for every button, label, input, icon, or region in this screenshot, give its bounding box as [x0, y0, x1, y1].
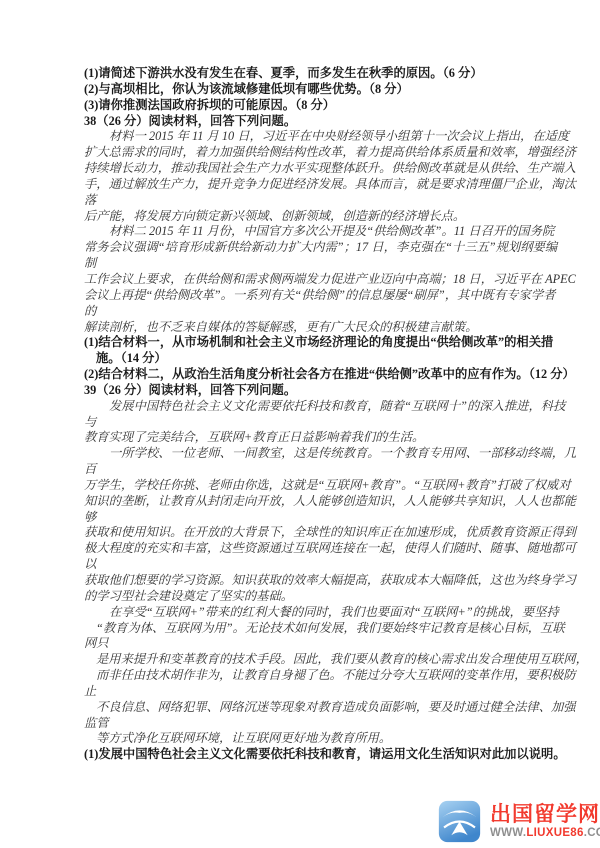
text-line: 材料一 2015 年 11 月 10 日，习近平在中央财经领导小组第十一次会议上…	[84, 129, 589, 145]
watermark-site-name: 出国留学网	[490, 803, 600, 826]
text-line: 不良信息、网络犯罪、网络沉迷等现象对教育造成负面影响，要及时通过健全法律、加强	[84, 700, 589, 716]
text-line: 工作会议上要求，在供给侧和需求侧两端发力促进产业迈向中高端；18 日，习近平在 …	[84, 272, 589, 288]
scanned-exam-page: (1)请简述下游洪水没有发生在春、夏季，而多发生在秋季的原因。（6 分）(2)与…	[0, 0, 600, 848]
liuxue-logo-icon	[436, 800, 483, 843]
text-line: 万学生，学校任你挑、老师由你选，这就是“互联网+教育”。“互联网+教育”打破了权…	[84, 478, 589, 494]
text-line: 而非任由技术胡作非为，让教育自身褪了色。不能过分夸大互联网的变革作用，要积极防	[84, 668, 589, 684]
text-line: 知识的垄断，让教育从封闭走向开放，人人能够创造知识，人人能够共享知识，人人也都能	[84, 494, 589, 510]
text-line: 等方式净化互联网环境，让互联网更好地为教育所用。	[84, 731, 589, 747]
text-line: 获取他们想要的学习资源。知识获取的效率大幅提高，获取成本大幅降低，这也为终身学习	[84, 573, 589, 589]
text-line: 够	[84, 510, 589, 526]
text-line: 手，通过解放生产力，提升竞争力促进经济发展。具体而言，就是要求清理僵尸企业，淘汰	[84, 177, 589, 193]
text-line: (2)与高坝相比，你认为该流域修建低坝有哪些优势。（8 分）	[84, 82, 589, 98]
text-line: 获取和使用知识。在开放的大背景下，全球性的知识库正在加速形成，优质教育资源正得到	[84, 525, 589, 541]
text-line: (1)请简述下游洪水没有发生在春、夏季，而多发生在秋季的原因。（6 分）	[84, 66, 589, 82]
text-line: 常务会议强调“培育形成新供给新动力扩大内需”；17 日，李克强在“十三五”规划纲…	[84, 240, 589, 256]
text-line: 38（26 分）阅读材料，回答下列问题。	[84, 114, 589, 130]
text-line: (1)结合材料一，从市场机制和社会主义市场经济理论的角度提出“供给侧改革”的相关…	[84, 335, 589, 351]
text-line: 极大程度的充实和丰富，这些资源通过互联网连接在一起，使得人们随时、随事、随地都可	[84, 541, 589, 557]
text-line: 与	[84, 415, 589, 431]
text-line: 网只	[84, 636, 589, 652]
text-line: 落	[84, 193, 589, 209]
text-line: 一所学校、一位老师、一间教室，这是传统教育。一个教育专用网、一部移动终端，几	[84, 446, 589, 462]
text-line: 的	[84, 304, 589, 320]
text-line: 在享受“互联网+”带来的红利大餐的同时，我们也要面对“互联网+”的挑战，要坚持	[84, 605, 589, 621]
watermark-site-url: WWW.LIUXUE86.COM	[490, 826, 600, 840]
text-line: 教育实现了完美结合，互联网+教育正日益影响着我们的生活。	[84, 430, 589, 446]
text-line: 扩大总需求的同时，着力加强供给侧结构性改革，着力提高供给体系质量和效率，增强经济	[84, 145, 589, 161]
text-line: 制	[84, 256, 589, 272]
text-line: 39（26 分）阅读材料，回答下列问题。	[84, 383, 589, 399]
text-line: 百	[84, 462, 589, 478]
text-line: (2)结合材料二，从政治生活角度分析社会各方在推进“供给侧”改革中的应有作为。（…	[84, 367, 589, 383]
watermark: 出国留学网 WWW.LIUXUE86.COM	[436, 800, 600, 843]
watermark-url-prefix: WWW.	[490, 827, 526, 839]
text-line: 监管	[84, 716, 589, 732]
text-line: 会议上再提“供给侧改革”。一系列有关“供给侧”的信息屡屡“刷屏”，其中既有专家学…	[84, 288, 589, 304]
watermark-url-suffix: .COM	[584, 827, 600, 839]
watermark-text: 出国留学网 WWW.LIUXUE86.COM	[490, 803, 600, 840]
text-line: 持续增长动力，推动我国社会生产力水平实现整体跃升。供给侧改革就是从供给、生产端入	[84, 161, 589, 177]
text-line: 施。（14 分）	[84, 351, 589, 367]
text-line: 是用来提升和变革教育的技术手段。因此，我们要从教育的核心需求出发合理使用互联网，	[84, 652, 589, 668]
text-line: 发展中国特色社会主义文化需要依托科技和教育，随着“互联网十”的深入推进，科技	[84, 399, 589, 415]
watermark-url-highlight: LIUXUE86	[526, 827, 583, 839]
text-line: “教育为体、互联网为用”。无论技术如何发展，我们要始终牢记教育是核心目标，互联	[84, 621, 589, 637]
document-lines: (1)请简述下游洪水没有发生在春、夏季，而多发生在秋季的原因。（6 分）(2)与…	[84, 66, 589, 763]
text-line: 后产能，将发展方向锁定新兴领域、创新领域，创造新的经济增长点。	[84, 209, 589, 225]
text-line: 止	[84, 684, 589, 700]
text-line: 解读剖析，也不乏来自媒体的答疑解惑，更有广大民众的积极建言献策。	[84, 320, 589, 336]
text-line: (3)请你推测法国政府拆坝的可能原因。（8 分）	[84, 98, 589, 114]
text-line: 材料二 2015 年 11 月份，中国官方多次公开提及“供给侧改革”。11 日召…	[84, 224, 589, 240]
text-line: 以	[84, 557, 589, 573]
text-line: (1)发展中国特色社会主义文化需要依托科技和教育，请运用文化生活知识对此加以说明…	[84, 747, 589, 763]
text-line: 的学习型社会建设奠定了坚实的基础。	[84, 589, 589, 605]
